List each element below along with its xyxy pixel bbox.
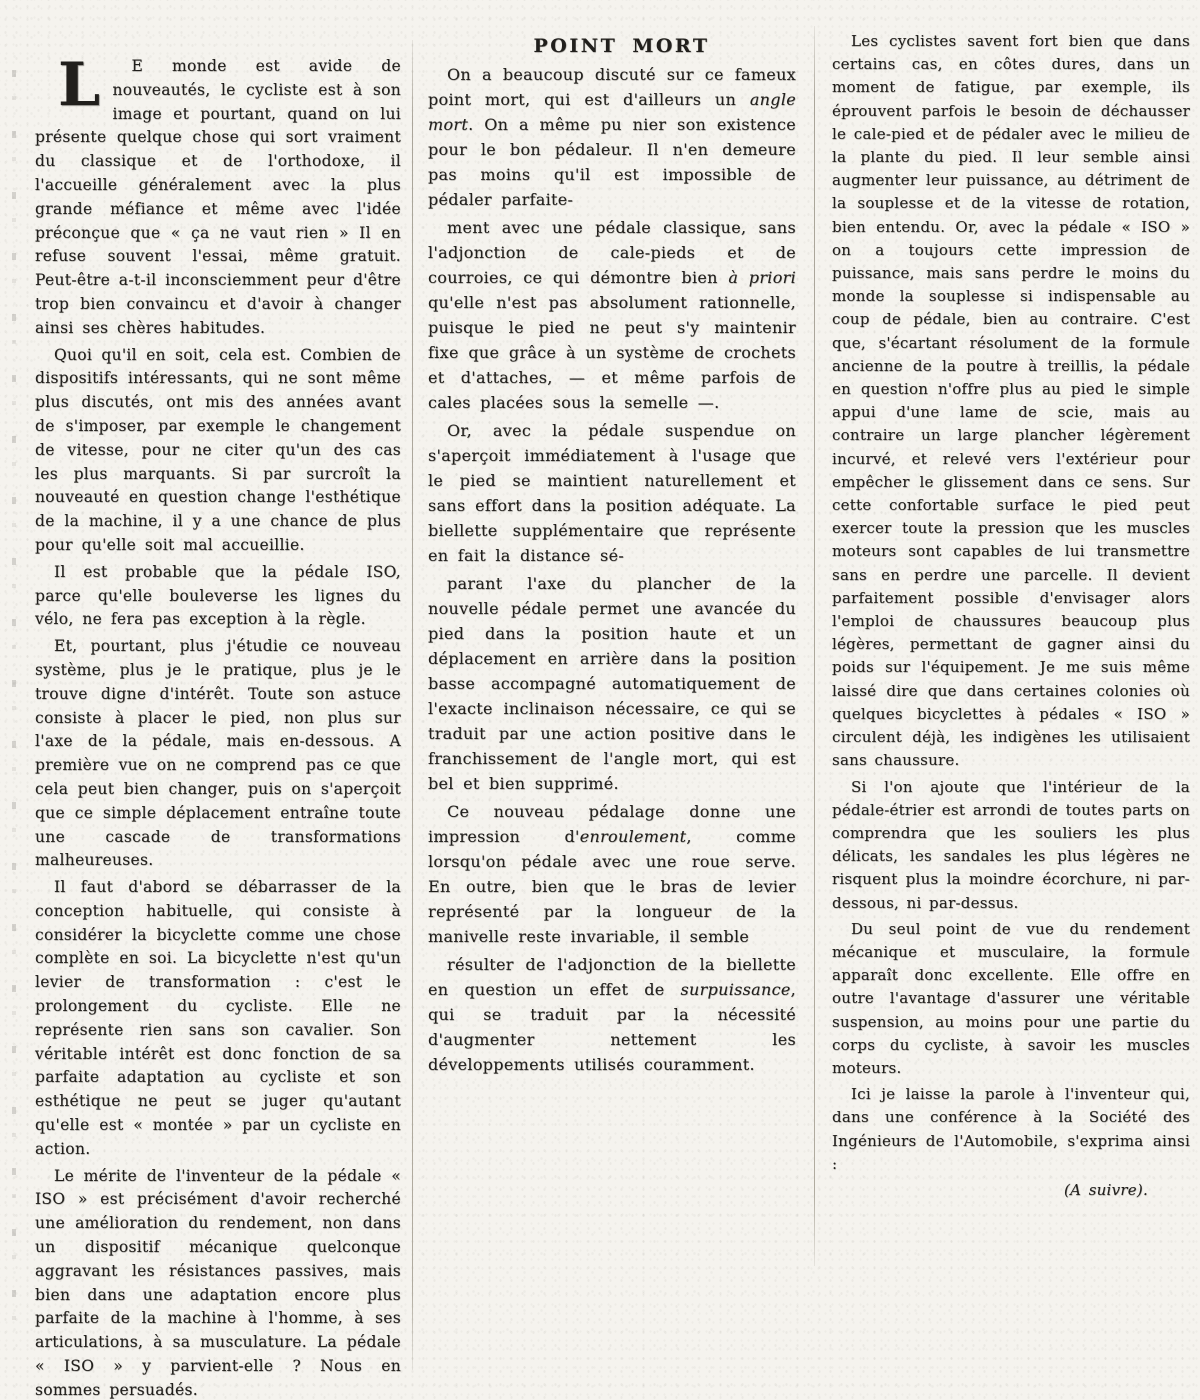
article-paragraph: Or, avec la pédale suspendue on s'aperço… [428, 418, 796, 568]
middle-column: POINT MORT On a beaucoup discuté sur ce … [428, 34, 796, 1080]
article-paragraph: parant l'axe du plancher de la nouvelle … [428, 571, 796, 796]
article-paragraph: Il est probable que la pédale ISO, parce… [35, 561, 401, 632]
left-column: LE monde est avide de nouveautés, le cyc… [35, 55, 401, 1400]
article-paragraph: Et, pourtant, plus j'étudie ce nouveau s… [35, 635, 401, 873]
article-paragraph: résulter de l'adjonction de la biellette… [428, 952, 796, 1077]
column-rule-right [814, 26, 815, 1266]
article-title: POINT MORT [428, 34, 796, 59]
article-paragraph: ment avec une pédale classique, sans l'a… [428, 215, 796, 415]
article-paragraph: Quoi qu'il en soit, cela est. Combien de… [35, 344, 401, 558]
right-column: Les cyclistes savent fort bien que dans … [832, 30, 1190, 1205]
article-paragraph: On a beaucoup discuté sur ce fameux poin… [428, 62, 796, 212]
article-paragraph: Si l'on ajoute que l'intérieur de la péd… [832, 776, 1190, 915]
article-paragraph: Ce nouveau pédalage donne une impression… [428, 799, 796, 949]
article-paragraph: Du seul point de vue du rendement mécani… [832, 918, 1190, 1080]
column-rule-left [412, 40, 413, 1370]
scan-edge-artifacts [12, 70, 16, 1330]
article-paragraph: Il faut d'abord se débarrasser de la con… [35, 876, 401, 1162]
article-paragraph: LE monde est avide de nouveautés, le cyc… [35, 55, 401, 341]
continuation-note: (A suivre). [832, 1179, 1190, 1202]
article-paragraph: Ici je laisse la parole à l'inventeur qu… [832, 1083, 1190, 1176]
article-paragraph: Le mérite de l'inventeur de la pédale « … [35, 1165, 401, 1400]
article-paragraph: Les cyclistes savent fort bien que dans … [832, 30, 1190, 773]
drop-cap: L [35, 55, 113, 111]
